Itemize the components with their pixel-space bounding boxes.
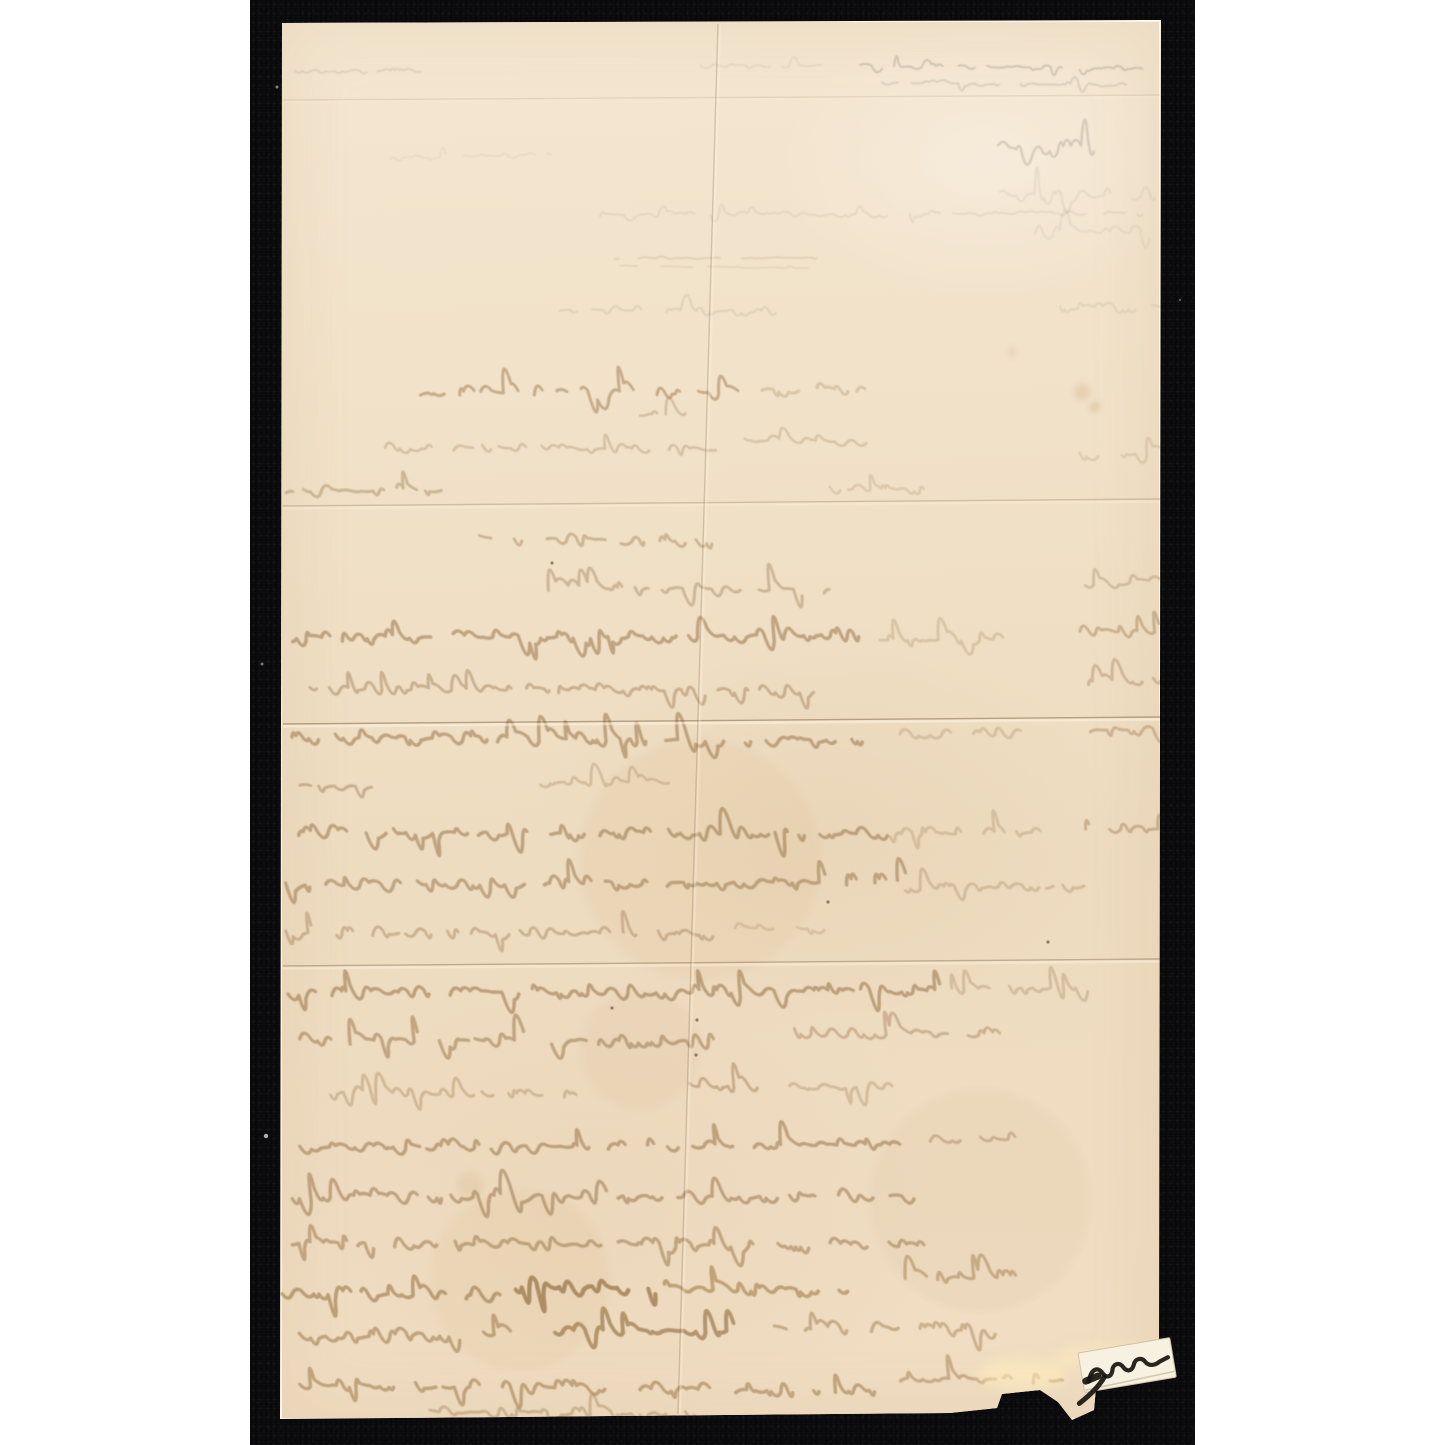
photo-canvas <box>0 0 1445 1445</box>
letter-paper <box>280 20 1161 1420</box>
paper-surface <box>282 22 1159 1418</box>
